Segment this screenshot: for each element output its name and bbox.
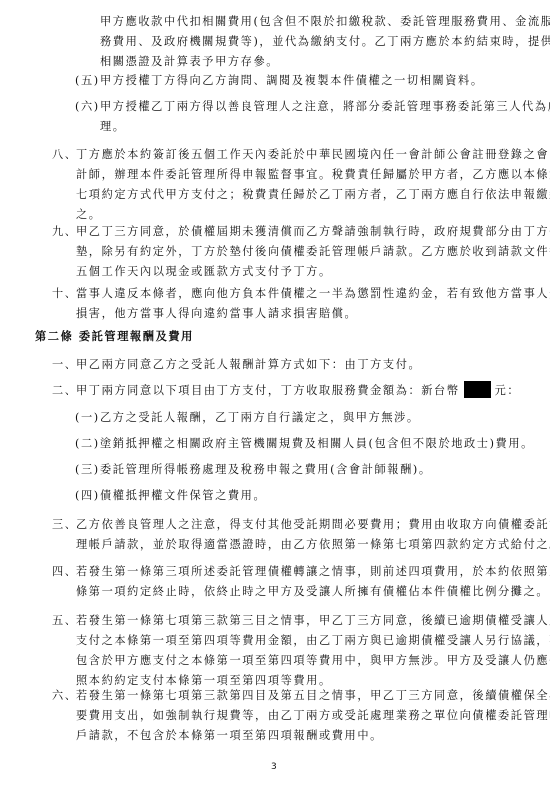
- text-line: 戶請款，不包含於本條第一項至第四項報酬或費用中。: [76, 726, 550, 746]
- text-line: 墊，除另有約定外，丁方於墊付後向債權委託管理帳戶請款。乙方應於收到請款文件後: [76, 242, 550, 262]
- text-line: 理帳戶請款，並於取得適當憑證時，由乙方依照第一條第七項第四款約定方式給付之。: [76, 535, 550, 555]
- item-label: 一、: [52, 355, 78, 375]
- text-line: 乙方依善良管理人之注意，得支付其他受託期間必要費用；費用由收取方向債權委託管: [76, 515, 550, 535]
- paragraph-item4-continued: 甲方應收款中代扣相關費用(包含但不限於扣繳稅款、委託管理服務費用、金流服 務費用…: [100, 12, 550, 72]
- text-line: 委託管理所得帳務處理及稅務申報之費用(含會計師報酬)。: [100, 460, 432, 480]
- text-line: 務費用、及政府機關規費等)，並代為繳納支付。乙丁兩方應於本約結束時，提供: [100, 32, 550, 52]
- item-label: 六、: [52, 686, 78, 706]
- text-line: 損害，他方當事人得向違約當事人請求損害賠償。: [76, 304, 550, 324]
- item-label: 五、: [52, 611, 78, 631]
- document-page: 甲方應收款中代扣相關費用(包含但不限於扣繳稅款、委託管理服務費用、金流服 務費用…: [0, 0, 550, 800]
- text-line: 七項約定方式代甲方支付之；稅費責任歸於乙丁兩方者，乙丁兩方應自行依法申報繳納: [76, 185, 550, 205]
- text-line: 五個工作天內以現金或匯款方式支付予丁方。: [76, 262, 550, 282]
- subitem-label: (六): [75, 97, 100, 117]
- text-line: 當事人違反本條者，應向他方負本件債權之一半為懲罰性違約金，若有致他方當事人受: [76, 284, 550, 304]
- fee-text: 甲丁兩方同意以下項目由丁方支付，丁方收取服務費金額為：新台幣: [76, 384, 460, 397]
- text-line: 若發生第一條第七項第三款第三目之情事，甲乙丁三方同意，後續已逾期債權受讓人應: [76, 611, 550, 631]
- text-line: 支付之本條第一項至第四項等費用金額，由乙丁兩方與已逾期債權受讓人另行協議，不: [76, 631, 550, 651]
- text-line: 甲乙兩方同意乙方之受託人報酬計算方式如下：由丁方支付。: [76, 355, 421, 375]
- item-label: 九、: [52, 222, 78, 242]
- text-line: 包含於甲方應支付之本條第一項至第四項等費用中，與甲方無涉。甲方及受讓人仍應依: [76, 651, 550, 671]
- subitem-label: (三): [75, 460, 100, 480]
- fee-unit: 元：: [495, 384, 521, 397]
- section-heading: 第二條 委託管理報酬及費用: [35, 326, 194, 346]
- redacted-amount: [464, 381, 491, 398]
- text-line: 計師，辦理本件委託管理所得申報監督事宜。稅費責任歸屬於甲方者，乙方應以本條第: [76, 165, 550, 185]
- text-line: 若發生第一條第三項所述委託管理債權轉讓之情事，則前述四項費用，於本約依照第三: [76, 562, 550, 582]
- text-line: 條第一項約定終止時，依終止時之甲方及受讓人所擁有債權佔本件債權比例分攤之。: [76, 582, 550, 602]
- text-line: 乙方之受託人報酬，乙丁兩方自行議定之，與甲方無涉。: [100, 408, 420, 428]
- item-label: 三、: [52, 515, 78, 535]
- text-line: 甲方授權乙丁兩方得以善良管理人之注意，將部分委託管理事務委託第三人代為處: [100, 97, 550, 117]
- text-line: 甲方授權丁方得向乙方詢問、調閱及複製本件債權之一切相關資料。: [100, 71, 484, 91]
- text-line: 若發生第一條第七項第三款第四目及第五目之情事，甲乙丁三方同意，後續債權保全必: [76, 686, 550, 706]
- text-line: 理。: [100, 117, 550, 137]
- item-label: 二、: [52, 381, 78, 401]
- subitem-label: (五): [75, 71, 100, 91]
- text-line: 甲乙丁三方同意，於債權屆期未獲清償而乙方聲請強制執行時，政府規費部分由丁方代: [76, 222, 550, 242]
- item-label: 四、: [52, 562, 78, 582]
- page-number: 3: [271, 762, 277, 772]
- subitem-label: (四): [75, 486, 100, 506]
- item-label: 八、: [52, 145, 78, 165]
- subitem-label: (二): [75, 434, 100, 454]
- text-line: 要費用支出，如強制執行規費等，由乙丁兩方或受託處理業務之單位向債權委託管理帳: [76, 706, 550, 726]
- text-line: 相關憑證及計算表予甲方存參。: [100, 52, 550, 72]
- text-line: 甲方應收款中代扣相關費用(包含但不限於扣繳稅款、委託管理服務費用、金流服: [100, 12, 550, 32]
- item-label: 十、: [52, 284, 78, 304]
- subitem-label: (一): [75, 408, 100, 428]
- text-line: 塗銷抵押權之相關政府主管機關規費及相關人員(包含但不限於地政士)費用。: [100, 434, 534, 454]
- text-line: 甲丁兩方同意以下項目由丁方支付，丁方收取服務費金額為：新台幣元：: [76, 381, 520, 401]
- text-line: 債權抵押權文件保管之費用。: [100, 486, 266, 506]
- text-line: 丁方應於本約簽訂後五個工作天內委託於中華民國境內任一會計師公會註冊登錄之會: [76, 145, 550, 165]
